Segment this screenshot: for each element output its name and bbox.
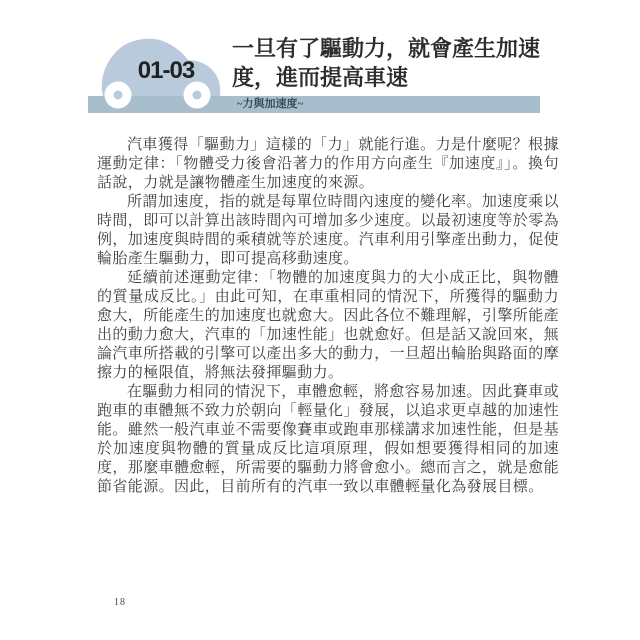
section-subtitle: ~力與加速度~	[225, 97, 315, 112]
paragraph-2: 所謂加速度，指的就是每單位時間內速度的變化率。加速度乘以時間，即可以計算出該時間…	[97, 193, 559, 269]
book-page: 01-03 一旦有了驅動力，就會產生加速度，進而提高車速 ~力與加速度~ 汽車獲…	[0, 0, 640, 640]
paragraph-4: 在驅動力相同的情況下，車體愈輕，將愈容易加速。因此賽車或跑車的車體無不致力於朝向…	[97, 383, 559, 497]
front-wheel-hub	[193, 91, 202, 100]
page-number: 18	[114, 597, 126, 608]
page-title: 一旦有了驅動力，就會產生加速度，進而提高車速	[232, 34, 554, 92]
rear-wheel-hub	[114, 91, 123, 100]
paragraph-3: 延續前述運動定律：「物體的加速度與力的大小成正比，與物體的質量成反比。」由此可知…	[97, 269, 559, 383]
paragraph-1: 汽車獲得「驅動力」這樣的「力」就能行進。力是什麼呢？根據運動定律：「物體受力後會…	[97, 136, 559, 193]
section-number: 01-03	[128, 57, 204, 85]
body-text: 汽車獲得「驅動力」這樣的「力」就能行進。力是什麼呢？根據運動定律：「物體受力後會…	[97, 136, 559, 497]
